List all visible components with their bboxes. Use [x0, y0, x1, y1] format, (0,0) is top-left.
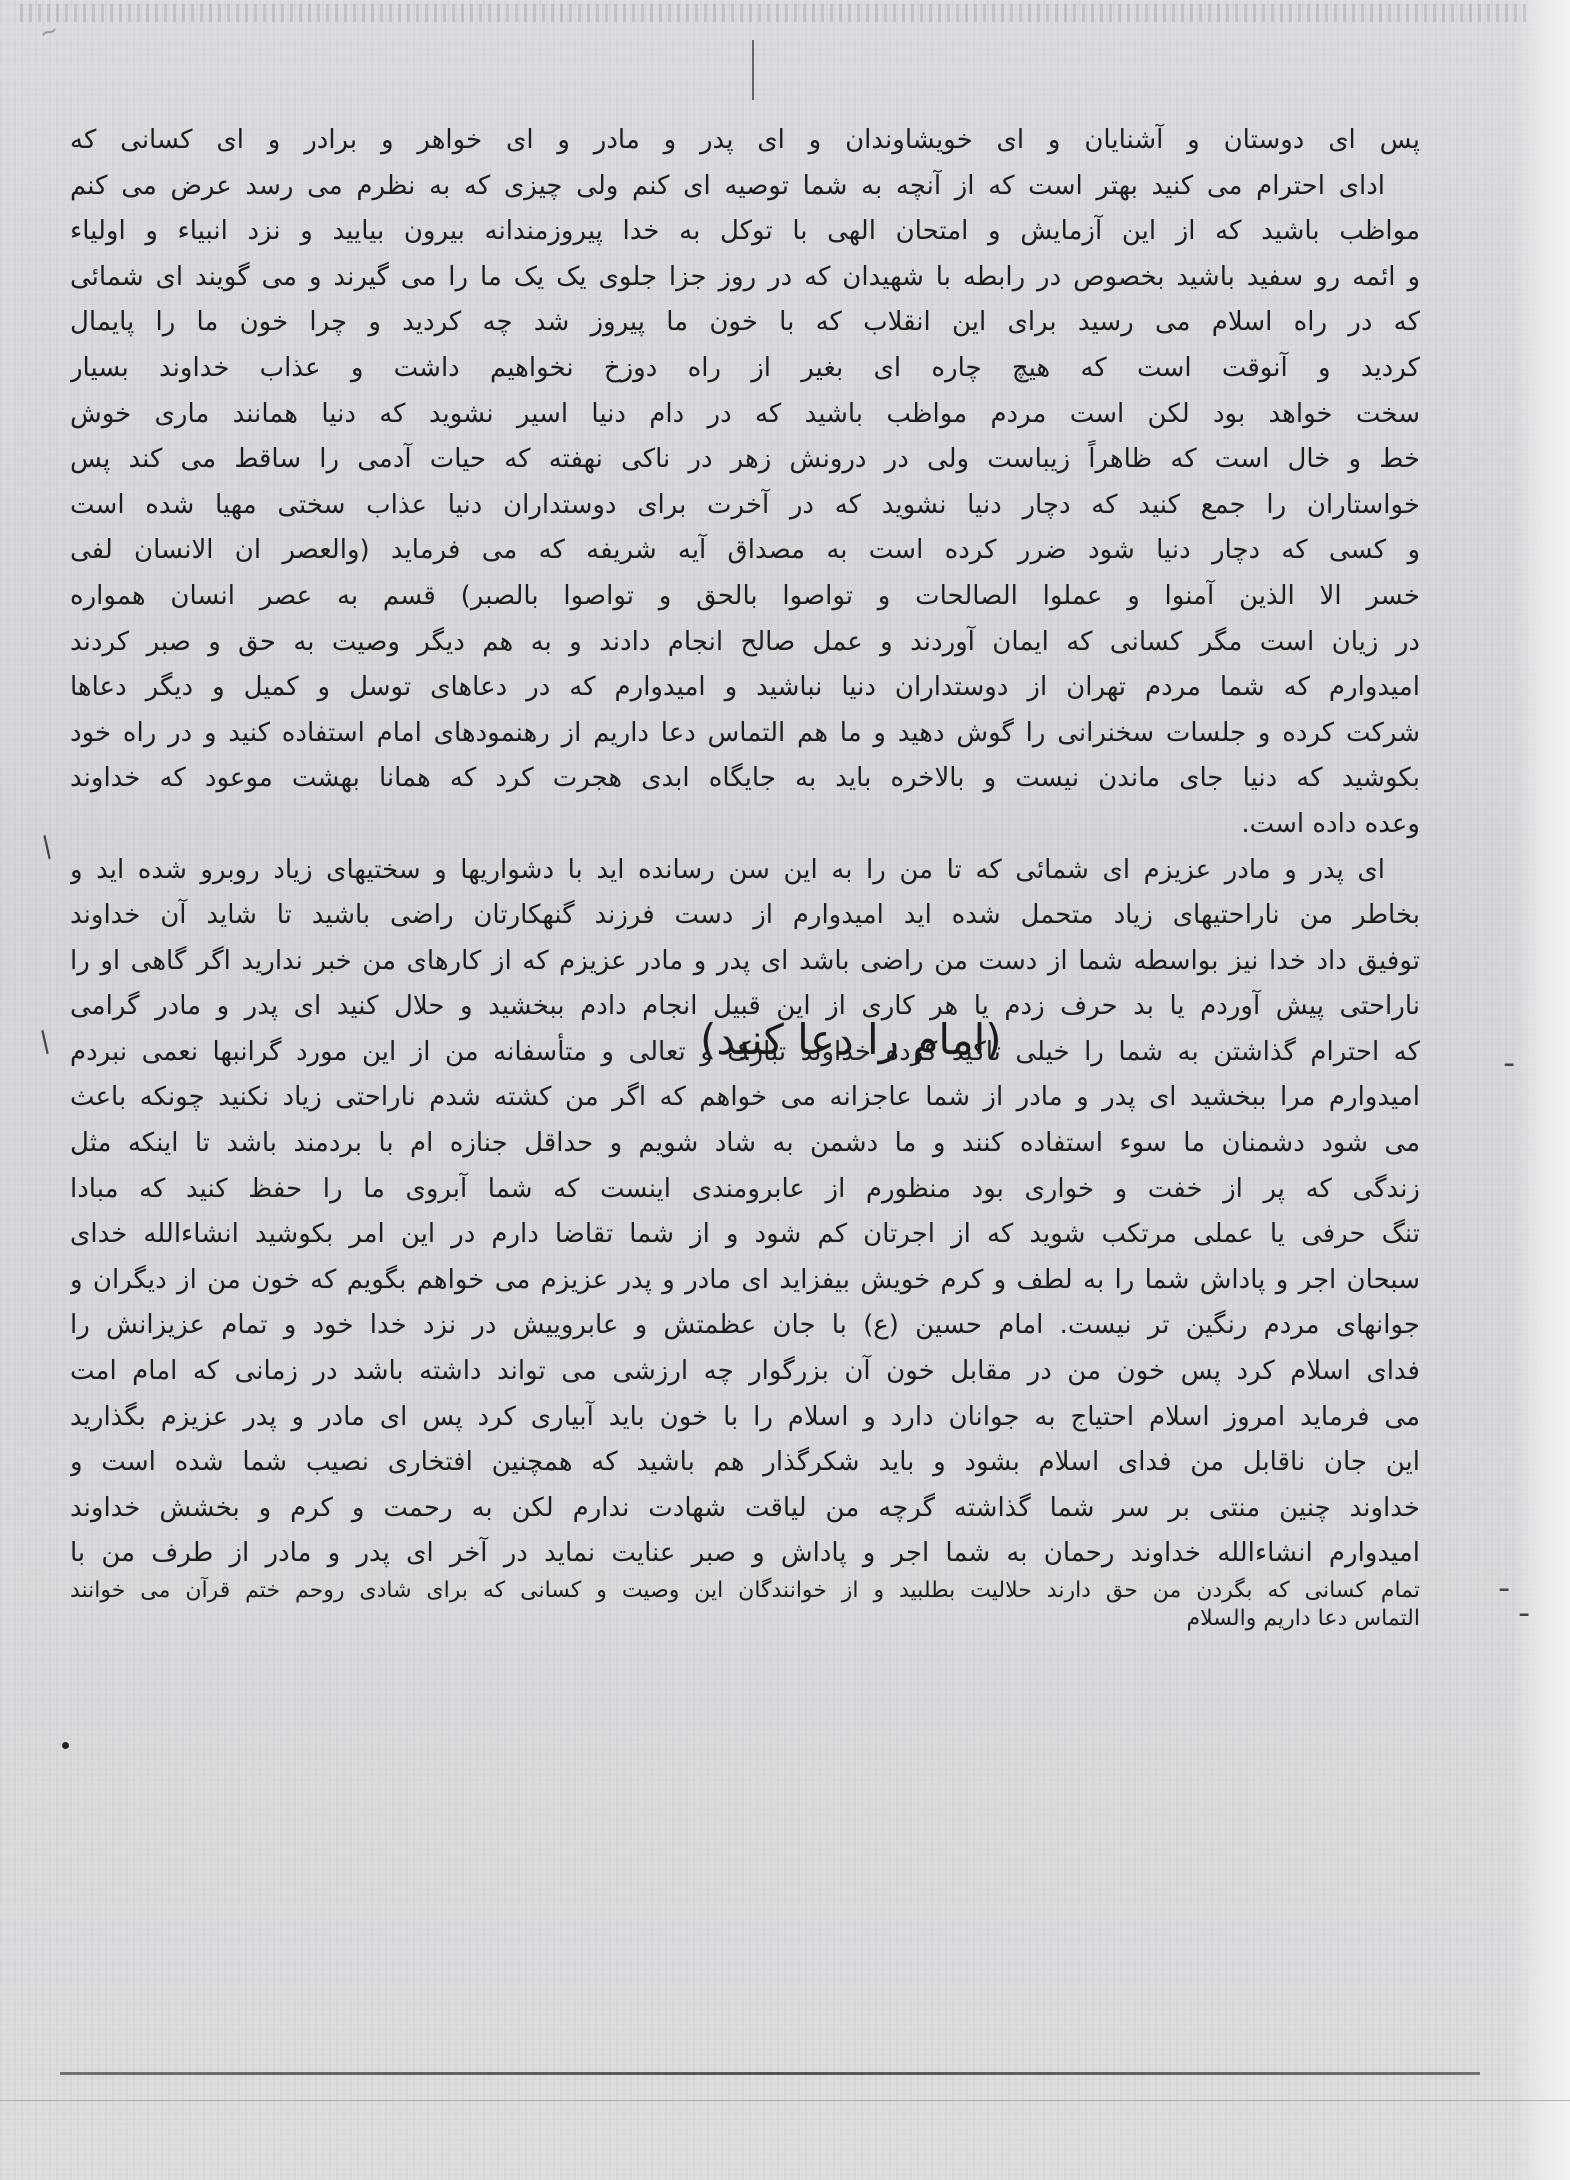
- scan-top-noise: [20, 4, 1530, 22]
- handwritten-line: می شود دشمنان ما سوء استفاده کنند و ما د…: [70, 1121, 1480, 1167]
- handwritten-line: مواظب باشید که از این آزمایش و امتحان ال…: [70, 209, 1480, 255]
- margin-bullet: [62, 1742, 69, 1749]
- scanned-letter-page: ~ پس ای دوستان و آشنایان و ای خویشاوندان…: [0, 0, 1570, 2180]
- handwritten-line: سبحان اجر و پاداش شما را به لطف و کرم خو…: [70, 1258, 1480, 1304]
- handwritten-line: خط و خال است که ظاهراً زیباست ولی در درو…: [70, 437, 1480, 483]
- scan-edge-line: [0, 2100, 1570, 2101]
- handwritten-line: پس ای دوستان و آشنایان و ای خویشاوندان و…: [70, 118, 1480, 164]
- handwritten-line: خواستاران را جمع کنید که دچار دنیا نشوید…: [70, 483, 1480, 529]
- handwritten-line: شرکت کرده و جلسات سخنرانی را گوش دهید و …: [70, 711, 1480, 757]
- handwritten-line: زندگی که پر از خفت و خواری بود منظورم از…: [70, 1167, 1480, 1213]
- handwritten-line: فدای اسلام کرد پس خون من در مقابل خون آن…: [70, 1349, 1480, 1395]
- margin-tick: ـ: [1520, 1590, 1528, 1623]
- handwritten-line: که در راه اسلام می رسید برای این انقلاب …: [70, 300, 1480, 346]
- handwritten-line: بخاطر من ناراحتیهای زیاد متحمل شده اید ا…: [70, 893, 1480, 939]
- letter-body: پس ای دوستان و آشنایان و ای خویشاوندان و…: [70, 118, 1480, 1633]
- handwritten-line: التماس دعا داریم والسلام: [70, 1605, 1480, 1633]
- fold-mark: [752, 40, 754, 100]
- handwritten-line: کردید و آنوقت است که هیچ چاره ای بغیر از…: [70, 346, 1480, 392]
- handwritten-line: سخت خواهد بود لکن است مردم مواظب باشید ک…: [70, 392, 1480, 438]
- margin-tick: ـ: [1505, 1040, 1513, 1073]
- handwritten-line: این جان ناقابل من فدای اسلام بشود و باید…: [70, 1440, 1480, 1486]
- handwritten-line: ادای احترام می کنید بهتر است که از آنچه …: [70, 164, 1480, 210]
- handwritten-line: در زیان است مگر کسانی که ایمان آوردند و …: [70, 620, 1480, 666]
- handwritten-line: جوانهای مردم رنگین تر نیست. امام حسین (ع…: [70, 1303, 1480, 1349]
- handwritten-line: و ائمه رو سفید باشید بخصوص در رابطه با ش…: [70, 255, 1480, 301]
- handwritten-line: امیدوارم مرا ببخشید ای پدر و مادر از شما…: [70, 1075, 1480, 1121]
- margin-tick: /: [34, 830, 59, 863]
- margin-tick: /: [32, 1025, 57, 1058]
- handwritten-line: تنگ حرفی یا عملی مرتکب شوید که از اجرتان…: [70, 1212, 1480, 1258]
- top-left-scribble: ~: [36, 18, 62, 48]
- page-edge: [1514, 0, 1570, 2180]
- bottom-rule: [60, 2072, 1480, 2075]
- handwritten-line: وعده داده است.: [70, 802, 1480, 848]
- handwritten-line: امیدوارم که شما مردم تهران از دوستداران …: [70, 665, 1480, 711]
- handwritten-line: ای پدر و مادر عزیزم ای شمائی که تا من را…: [70, 848, 1480, 894]
- handwritten-line: توفیق داد خدا نیز بواسطه شما از دست من ر…: [70, 939, 1480, 985]
- handwritten-line: می فرماید امروز اسلام احتیاج به جوانان د…: [70, 1395, 1480, 1441]
- handwritten-line: خسر الا الذین آمنوا و عملوا الصالحات و ت…: [70, 574, 1480, 620]
- handwritten-line: بکوشید که دنیا جای ماندن نیست و بالاخره …: [70, 756, 1480, 802]
- center-note-pray-for-imam: (امام را دعا کنید): [700, 1015, 1002, 1064]
- handwritten-line: و کسی که دچار دنیا شود ضرر کرده است به م…: [70, 528, 1480, 574]
- handwritten-line: خداوند چنین منتی بر سر شما گذاشته گرچه م…: [70, 1486, 1480, 1532]
- margin-tick: ـ: [1500, 1565, 1508, 1598]
- handwritten-line: تمام کسانی که بگردن من حق دارند حلالیت ب…: [70, 1577, 1480, 1605]
- handwritten-line: امیدوارم انشاءالله خداوند رحمان به شما ا…: [70, 1531, 1480, 1577]
